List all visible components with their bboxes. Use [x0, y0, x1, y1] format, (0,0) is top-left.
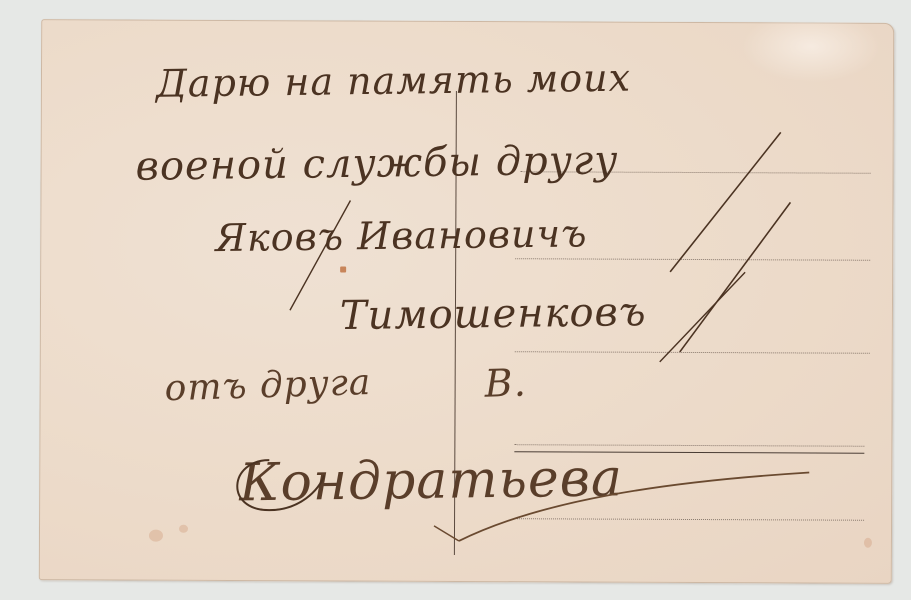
- paper-stain: [864, 538, 872, 548]
- address-line: [515, 258, 870, 261]
- paper-stain: [149, 530, 163, 542]
- paper-crease: [741, 22, 881, 83]
- handwriting-line-1: Дарю на память моих: [156, 56, 632, 106]
- handwriting-line-3: Яковъ Ивановичъ: [215, 211, 588, 260]
- handwriting-initial: В.: [484, 361, 527, 406]
- paper-stain: [340, 266, 346, 272]
- handwriting-line-2: военой службы другу: [135, 137, 618, 189]
- address-line: [515, 351, 870, 354]
- handwriting-signature: Кондратьева: [239, 448, 623, 513]
- postcard: Дарю на память моих военой службы другу …: [39, 19, 894, 584]
- paper-stain: [179, 525, 188, 533]
- address-line: [514, 518, 864, 521]
- handwriting-line-5: отъ друга: [164, 362, 372, 409]
- address-line: [514, 444, 864, 447]
- handwriting-line-4: Тимошенковъ: [340, 289, 647, 339]
